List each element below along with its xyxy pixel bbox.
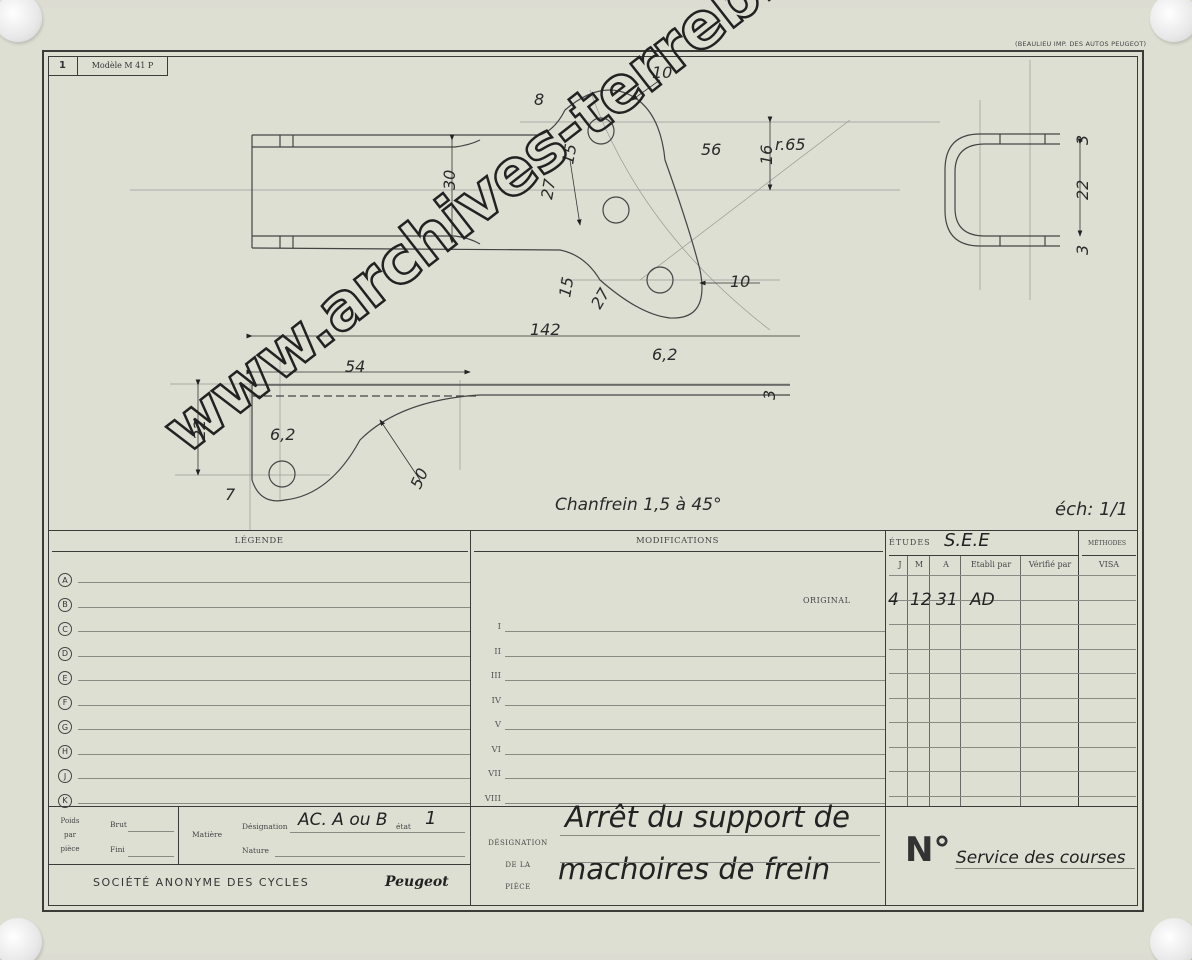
- poids-label: Poids par pièce: [56, 814, 84, 856]
- modifications-title: MODIFICATIONS: [470, 536, 885, 546]
- legende-marker: E: [58, 671, 72, 685]
- divider-left: [470, 530, 471, 906]
- poids-line-2: par: [56, 828, 84, 842]
- numero-rule: [955, 868, 1135, 869]
- dim-62-top: 6,2: [652, 345, 677, 364]
- modification-index: II: [475, 647, 505, 657]
- chamfer-note: Chanfrein 1,5 à 45°: [555, 495, 722, 515]
- modification-entry-field[interactable]: [505, 680, 885, 681]
- designation-value: AC. A ou B: [298, 810, 388, 830]
- poids-divider: [178, 806, 179, 864]
- legende-marker: C: [58, 622, 72, 636]
- legende-marker: G: [58, 720, 72, 734]
- nature-field[interactable]: [275, 856, 465, 857]
- modification-entry-field[interactable]: [505, 705, 885, 706]
- modification-index: I: [475, 622, 505, 632]
- part-name-line-2: machoires de frein: [558, 852, 830, 886]
- poids-line-3: pièce: [56, 842, 84, 856]
- legende-entry-field[interactable]: [78, 729, 470, 730]
- legende-marker: H: [58, 745, 72, 759]
- dim-r65: r.65: [775, 135, 806, 154]
- legende-row: H: [58, 735, 470, 755]
- legende-entry-field[interactable]: [78, 631, 470, 632]
- designation-rule-2: [560, 862, 880, 863]
- numero-label: N°: [905, 830, 950, 870]
- matiere-label: Matière: [192, 830, 222, 839]
- dim-27-top: 27: [537, 177, 559, 201]
- methodes-divider: [1078, 530, 1079, 806]
- methodes-title: MÉTHODES: [1088, 540, 1126, 547]
- legende-row: G: [58, 710, 470, 730]
- dim-8: 8: [534, 90, 544, 109]
- modification-entry-field[interactable]: [505, 656, 885, 657]
- designation-piece-label: DÉSIGNATION DE LA PIÈCE: [478, 832, 558, 898]
- designation-label: Désignation: [242, 822, 288, 831]
- modification-index: VII: [475, 769, 505, 779]
- col-m: M: [910, 560, 928, 569]
- etudes-header-line: [889, 555, 1079, 556]
- legende-row: F: [58, 686, 470, 706]
- etat-label: état: [396, 822, 411, 831]
- dim-142: 142: [530, 320, 561, 339]
- dim-10-right: 10: [730, 272, 750, 291]
- company-line: [48, 864, 470, 865]
- dim-3-bottom: 3: [1073, 245, 1092, 255]
- dim-54: 54: [345, 357, 365, 376]
- dim-22-side: 22: [190, 420, 209, 440]
- section-view-outline: [945, 134, 1060, 246]
- legende-marker: A: [58, 573, 72, 587]
- legende-entry-field[interactable]: [78, 705, 470, 706]
- modification-row: VI: [475, 735, 885, 755]
- part-name-line-1: Arrêt du support de: [565, 800, 850, 834]
- dim-15-bottom: 15: [555, 275, 577, 298]
- dim-56: 56: [701, 140, 721, 159]
- dim-3-top: 3: [1073, 135, 1092, 145]
- modification-entry-field[interactable]: [505, 729, 885, 730]
- modification-entry-field[interactable]: [505, 631, 885, 632]
- date-day: 4: [888, 590, 899, 610]
- dim-10-top: 10: [652, 63, 672, 82]
- modification-index: IV: [475, 696, 505, 706]
- legende-row: D: [58, 637, 470, 657]
- etudes-grid-row: [889, 722, 1136, 723]
- legende-entry-field[interactable]: [78, 778, 470, 779]
- etudes-grid-row: [889, 796, 1136, 797]
- date-year: 31: [936, 590, 958, 610]
- modification-entry-field[interactable]: [505, 754, 885, 755]
- modification-index: VIII: [475, 794, 505, 804]
- legende-row: B: [58, 588, 470, 608]
- etudes-grid-row: [889, 575, 1136, 576]
- col-etabli: Etabli par: [963, 560, 1019, 569]
- legende-marker: F: [58, 696, 72, 710]
- modifications-header-line: [474, 551, 883, 552]
- modification-row: VII: [475, 759, 885, 779]
- brut-field[interactable]: [128, 831, 174, 832]
- modification-row: III: [475, 661, 885, 681]
- designation-line-2: DE LA: [478, 854, 558, 876]
- etudes-grid-row: [889, 673, 1136, 674]
- etudes-value: S.E.E: [944, 530, 990, 551]
- grid-v4: [1020, 556, 1021, 806]
- fini-field[interactable]: [128, 856, 174, 857]
- legende-marker: B: [58, 598, 72, 612]
- methodes-header-line: [1082, 555, 1136, 556]
- date-month: 12: [910, 590, 932, 610]
- modification-row: II: [475, 637, 885, 657]
- legende-row: J: [58, 759, 470, 779]
- brut-label: Brut: [110, 820, 127, 829]
- modification-index: III: [475, 671, 505, 681]
- modification-index: VI: [475, 745, 505, 755]
- divider-right: [885, 530, 886, 906]
- etat-value: 1: [425, 808, 436, 829]
- dim-7: 7: [225, 485, 236, 504]
- poids-line-1: Poids: [56, 814, 84, 828]
- fini-label: Fini: [110, 845, 125, 854]
- dim-3-side: 3: [760, 390, 779, 400]
- legende-header-line: [52, 551, 468, 552]
- construction-lines: [130, 60, 1030, 530]
- side-view-outline: [252, 385, 790, 501]
- etudes-grid-row: [889, 698, 1136, 699]
- original-label: ORIGINAL: [803, 596, 850, 605]
- designation-line-1: DÉSIGNATION: [478, 832, 558, 854]
- legende-title: LÉGENDE: [48, 536, 470, 546]
- modification-row: I: [475, 612, 885, 632]
- legende-row: E: [58, 661, 470, 681]
- modification-row: V: [475, 710, 885, 730]
- modification-entry-field[interactable]: [505, 778, 885, 779]
- dim-50: 50: [406, 465, 432, 491]
- etudes-grid-row: [889, 771, 1136, 772]
- legende-marker: D: [58, 647, 72, 661]
- modification-row: IV: [475, 686, 885, 706]
- legende-entry-field[interactable]: [78, 754, 470, 755]
- legende-entry-field[interactable]: [78, 803, 470, 804]
- legende-entry-field[interactable]: [78, 607, 470, 608]
- grid-v1: [907, 556, 908, 806]
- nature-label: Nature: [242, 846, 269, 855]
- etudes-title: ÉTUDES: [889, 538, 931, 547]
- legende-row: A: [58, 563, 470, 583]
- scale-label: éch: 1/1: [1055, 499, 1128, 520]
- legende-marker: J: [58, 769, 72, 783]
- dim-22-section: 22: [1073, 180, 1092, 200]
- top-view-outline: [252, 90, 702, 318]
- numero-value: Service des courses: [956, 848, 1125, 868]
- etudes-grid-row: [889, 649, 1136, 650]
- peugeot-logo: Peugeot: [385, 874, 449, 890]
- legende-marker: K: [58, 794, 72, 808]
- col-verifie: Vérifié par: [1022, 560, 1078, 569]
- etabli-signature: AD: [970, 590, 995, 610]
- legende-row: K: [58, 784, 470, 804]
- legende-entry-field[interactable]: [78, 582, 470, 583]
- legende-row: C: [58, 612, 470, 632]
- dim-62-side: 6,2: [270, 425, 295, 444]
- company-name: SOCIÉTÉ ANONYME DES CYCLES: [93, 876, 309, 889]
- designation-rule-1: [560, 835, 880, 836]
- legende-entry-field[interactable]: [78, 656, 470, 657]
- etudes-grid-row: [889, 624, 1136, 625]
- designation-field[interactable]: [290, 832, 465, 833]
- col-visa: VISA: [1082, 560, 1136, 569]
- legende-entry-field[interactable]: [78, 680, 470, 681]
- etudes-grid-row: [889, 747, 1136, 748]
- col-j: J: [893, 560, 907, 569]
- dim-30: 30: [440, 170, 459, 190]
- modification-index: V: [475, 720, 505, 730]
- dim-15-top: 15: [558, 142, 580, 165]
- dim-16: 16: [757, 145, 776, 165]
- grid-v3: [960, 556, 961, 806]
- col-a: A: [932, 560, 960, 569]
- designation-line-3: PIÈCE: [478, 876, 558, 898]
